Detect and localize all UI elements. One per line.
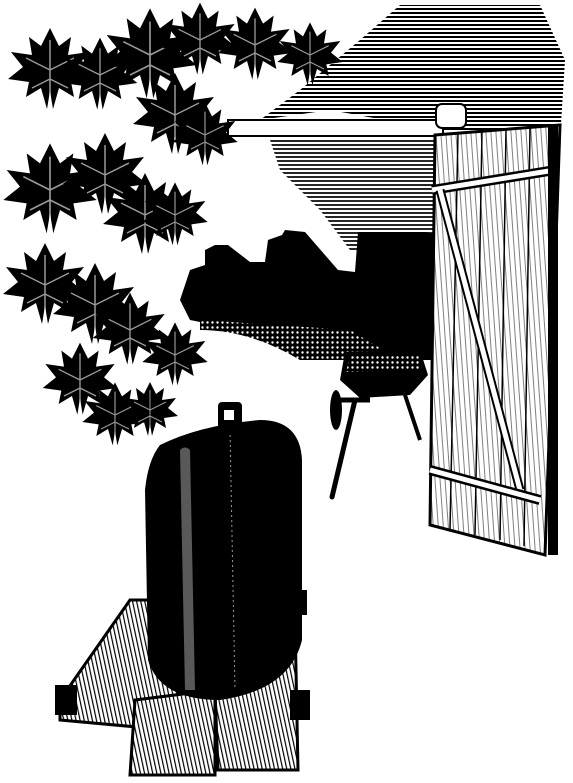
open-gate	[430, 125, 560, 555]
maple-leaves	[3, 3, 343, 446]
houses-silhouette	[180, 230, 440, 360]
wheelbarrow	[330, 350, 428, 497]
illustration-svg	[0, 0, 573, 783]
illustration-canvas: A dark suitcase resting on a wooden plan…	[0, 0, 573, 783]
suitcase	[145, 402, 302, 700]
